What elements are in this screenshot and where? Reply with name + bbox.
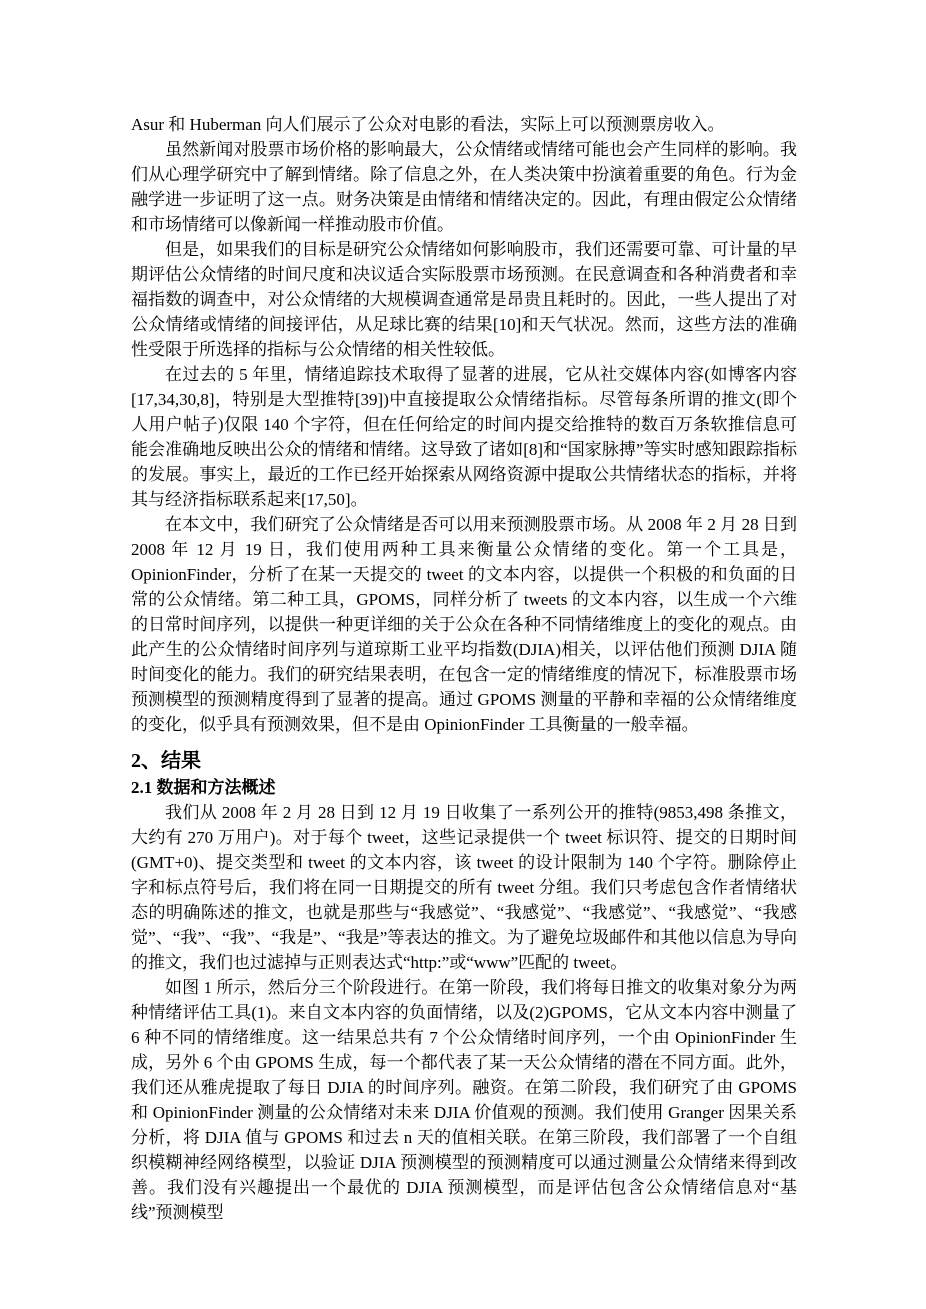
paragraph-sentiment-tracking-progress: 在过去的 5 年里，情绪追踪技术取得了显著的进展，它从社交媒体内容(如博客内容[… — [131, 362, 797, 512]
section-heading-results: 2、结果 — [131, 747, 797, 775]
document-content: Asur 和 Huberman 向人们展示了公众对电影的看法，实际上可以预测票房… — [131, 112, 797, 1225]
subsection-heading-data-methods: 2.1 数据和方法概述 — [131, 775, 797, 800]
paragraph-tweet-collection: 我们从 2008 年 2 月 28 日到 12 月 19 日收集了一系列公开的推… — [131, 800, 797, 975]
paragraph-this-paper-overview: 在本文中，我们研究了公众情绪是否可以用来预测股票市场。从 2008 年 2 月 … — [131, 512, 797, 737]
paragraph-continuation-asur-huberman: Asur 和 Huberman 向人们展示了公众对电影的看法，实际上可以预测票房… — [131, 112, 797, 137]
paragraph-news-influence: 虽然新闻对股票市场价格的影响最大，公众情绪或情绪可能也会产生同样的影响。我们从心… — [131, 137, 797, 237]
document-page: Asur 和 Huberman 向人们展示了公众对电影的看法，实际上可以预测票房… — [0, 0, 926, 1309]
paragraph-three-phase-method: 如图 1 所示，然后分三个阶段进行。在第一阶段，我们将每日推文的收集对象分为两种… — [131, 975, 797, 1225]
paragraph-measurement-challenge: 但是，如果我们的目标是研究公众情绪如何影响股市，我们还需要可靠、可计量的早期评估… — [131, 237, 797, 362]
